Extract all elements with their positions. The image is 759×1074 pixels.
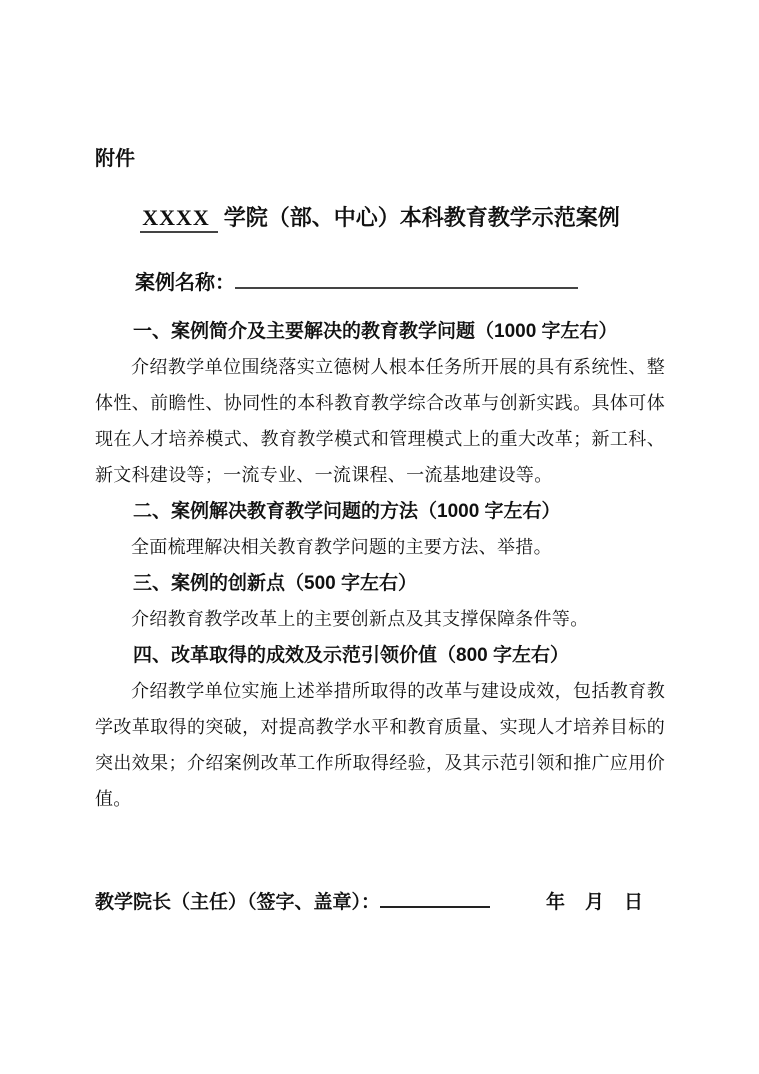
case-name-row: 案例名称： xyxy=(95,265,665,298)
section-2-body: 全面梳理解决相关教育教学问题的主要方法、举措。 xyxy=(95,530,665,566)
section-4-body: 介绍教学单位实施上述举措所取得的改革与建设成效，包括教育教学改革取得的突破，对提… xyxy=(95,674,665,818)
attachment-label: 附件 xyxy=(95,145,665,173)
document-title: XXXX学院（部、中心）本科教育教学示范案例 xyxy=(95,203,665,233)
section-3-body: 介绍教育教学改革上的主要创新点及其支撑保障条件等。 xyxy=(95,602,665,638)
document-content: 附件 XXXX学院（部、中心）本科教育教学示范案例 案例名称： 一、案例简介及主… xyxy=(95,0,665,917)
section-3-heading: 三、案例的创新点（500 字左右） xyxy=(95,566,665,602)
sections-block: 一、案例简介及主要解决的教育教学问题（1000 字左右） 介绍教学单位围绕落实立… xyxy=(95,314,665,818)
title-text: 学院（部、中心）本科教育教学示范案例 xyxy=(224,205,620,230)
section-4-heading: 四、改革取得的成效及示范引领价值（800 字左右） xyxy=(95,638,665,674)
document-page: 附件 XXXX学院（部、中心）本科教育教学示范案例 案例名称： 一、案例简介及主… xyxy=(0,0,759,1074)
month-label: 月 xyxy=(585,891,604,913)
section-2-heading: 二、案例解决教育教学问题的方法（1000 字左右） xyxy=(95,494,665,530)
day-label: 日 xyxy=(624,891,643,913)
case-name-blank-line xyxy=(235,265,578,289)
section-1-body: 介绍教学单位围绕落实立德树人根本任务所开展的具有系统性、整体性、前瞻性、协同性的… xyxy=(95,350,665,494)
section-1-heading: 一、案例简介及主要解决的教育教学问题（1000 字左右） xyxy=(95,314,665,350)
signature-label: 教学院长（主任）（签字、盖章）： xyxy=(95,891,380,913)
year-label: 年 xyxy=(546,891,565,913)
title-blank-placeholder: XXXX xyxy=(140,205,218,233)
signature-row: 教学院长（主任）（签字、盖章）：年月日 xyxy=(95,886,665,917)
case-name-label: 案例名称： xyxy=(135,272,235,294)
signature-blank-line xyxy=(380,886,490,908)
